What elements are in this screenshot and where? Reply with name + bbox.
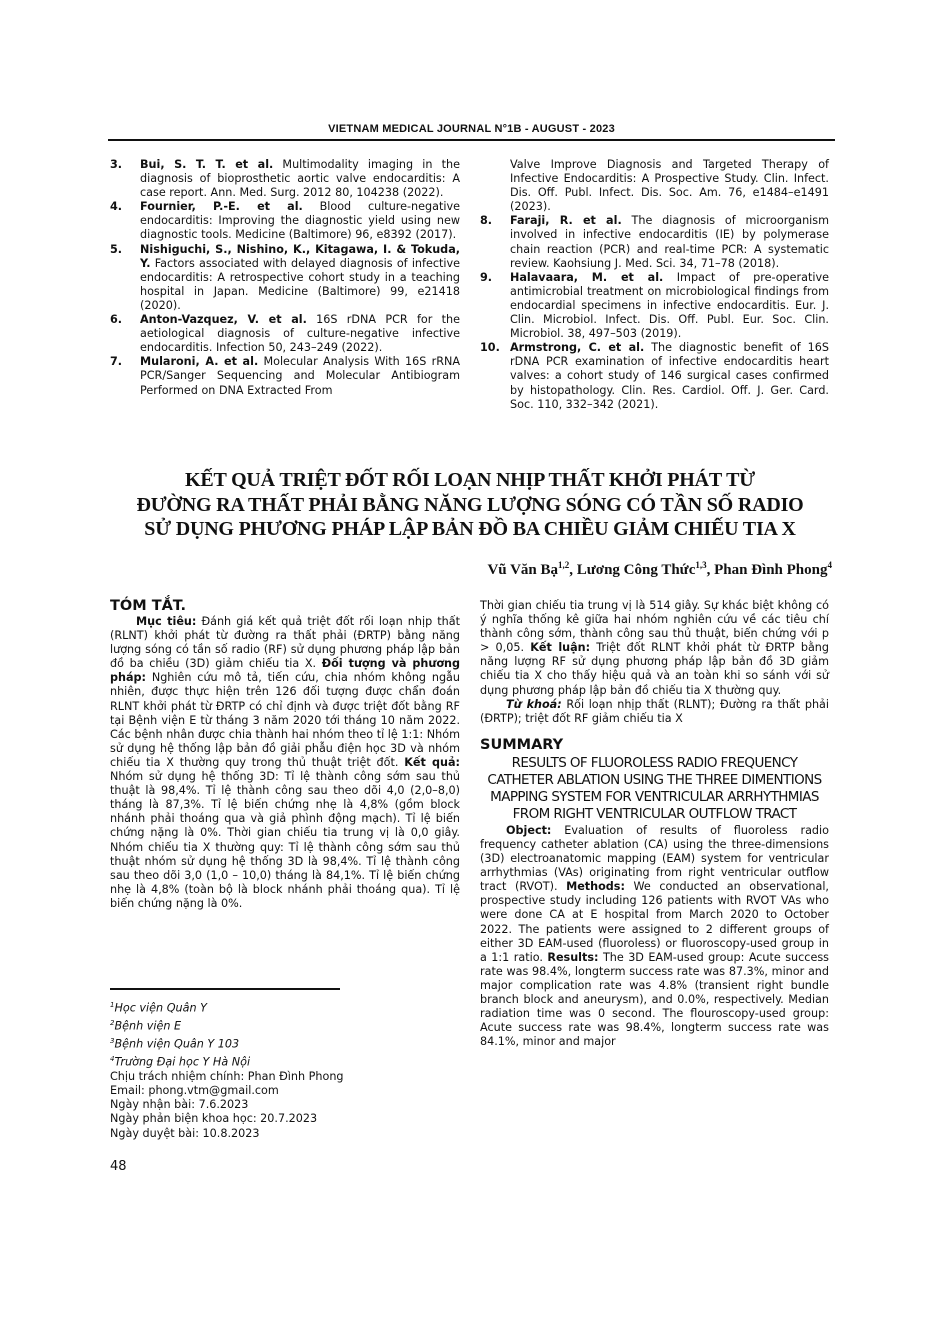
label-conclusion: Kết luận: bbox=[530, 641, 590, 654]
label-objective: Mục tiêu: bbox=[136, 615, 196, 628]
references-right: Valve Improve Diagnosis and Targeted The… bbox=[480, 158, 829, 412]
affiliation: 2Bệnh viện E bbox=[110, 1016, 460, 1034]
label-keywords: Từ khoá: bbox=[506, 698, 562, 711]
label-results: Kết quả: bbox=[404, 756, 460, 769]
reference-author: Halavaara, M. et al. bbox=[510, 271, 663, 284]
reference-number: 6. bbox=[110, 313, 140, 355]
reference-number: 5. bbox=[110, 243, 140, 313]
reference-number: 4. bbox=[110, 200, 140, 242]
section-heading: TÓM TẮT. bbox=[110, 597, 460, 615]
label-object: Object: bbox=[506, 824, 551, 837]
abstract-paragraph: Mục tiêu: Đánh giá kết quả triệt đốt rối… bbox=[110, 615, 460, 911]
author-list: Vũ Văn Bạ1,2, Lương Công Thức1,3, Phan Đ… bbox=[487, 560, 832, 579]
reference-item: 3. Bui, S. T. T. et al. Multimodality im… bbox=[110, 158, 460, 200]
author-affiliation-sup: 4 bbox=[828, 560, 833, 570]
author-affiliation-sup: 1,2 bbox=[558, 560, 569, 570]
reference-text: Factors associated with delayed diagnosi… bbox=[140, 257, 460, 312]
reference-item: 9. Halavaara, M. et al. Impact of pre-op… bbox=[480, 271, 829, 341]
reference-number: 7. bbox=[110, 355, 140, 397]
title-line: SỬ DỤNG PHƯƠNG PHÁP LẬP BẢN ĐỒ BA CHIỀU … bbox=[110, 517, 830, 542]
header-rule bbox=[108, 139, 835, 141]
keywords: Từ khoá: Rối loạn nhịp thất (RLNT); Đườn… bbox=[480, 698, 829, 726]
reference-item: 6. Anton-Vazquez, V. et al. 16S rDNA PCR… bbox=[110, 313, 460, 355]
reference-number: 8. bbox=[480, 214, 510, 270]
date-received: Ngày nhận bài: 7.6.2023 bbox=[110, 1098, 460, 1112]
page-number: 48 bbox=[110, 1159, 127, 1174]
summary-title: RESULTS OF FLUOROLESS RADIO FREQUENCY CA… bbox=[480, 755, 829, 823]
reference-item: 4. Fournier, P.-E. et al. Blood culture-… bbox=[110, 200, 460, 242]
affiliation: 1Học viện Quân Y bbox=[110, 998, 460, 1016]
label-methods-en: Methods: bbox=[566, 880, 625, 893]
reference-continuation: Valve Improve Diagnosis and Targeted The… bbox=[480, 158, 829, 214]
author-affiliation-sup: 1,3 bbox=[695, 560, 706, 570]
reference-item: 5. Nishiguchi, S., Nishino, K., Kitagawa… bbox=[110, 243, 460, 313]
footnotes: 1Học viện Quân Y 2Bệnh viện E 3Bệnh viện… bbox=[110, 998, 460, 1141]
article-title: KẾT QUẢ TRIỆT ĐỐT RỐI LOẠN NHỊP THẤT KHỞ… bbox=[110, 468, 830, 542]
abstract-right-column: Thời gian chiếu tia trung vị là 514 giây… bbox=[480, 599, 829, 1049]
reference-item: 10. Armstrong, C. et al. The diagnostic … bbox=[480, 341, 829, 411]
corresponding-author: Chịu trách nhiệm chính: Phan Đình Phong bbox=[110, 1070, 460, 1084]
reference-author: Anton-Vazquez, V. et al. bbox=[140, 313, 307, 326]
reference-number: 9. bbox=[480, 271, 510, 341]
title-line: ĐƯỜNG RA THẤT PHẢI BẰNG NĂNG LƯỢNG SÓNG … bbox=[110, 493, 830, 518]
author-name: Phan Đình Phong bbox=[714, 562, 827, 578]
reference-author: Bui, S. T. T. et al. bbox=[140, 158, 273, 171]
date-reviewed: Ngày phản biện khoa học: 20.7.2023 bbox=[110, 1112, 460, 1126]
reference-author: Armstrong, C. et al. bbox=[510, 341, 644, 354]
date-accepted: Ngày duyệt bài: 10.8.2023 bbox=[110, 1127, 460, 1141]
reference-author: Faraji, R. et al. bbox=[510, 214, 622, 227]
summary-paragraph: Object: Evaluation of results of fluorol… bbox=[480, 824, 829, 1050]
reference-author: Mularoni, A. et al. bbox=[140, 355, 258, 368]
reference-text: Valve Improve Diagnosis and Targeted The… bbox=[510, 158, 829, 214]
references-left: 3. Bui, S. T. T. et al. Multimodality im… bbox=[110, 158, 460, 398]
section-heading-summary: SUMMARY bbox=[480, 736, 829, 754]
reference-number: 10. bbox=[480, 341, 510, 411]
label-results-en: Results: bbox=[547, 951, 598, 964]
reference-number: 3. bbox=[110, 158, 140, 200]
abstract-paragraph-continued: Thời gian chiếu tia trung vị là 514 giây… bbox=[480, 599, 829, 698]
title-line: KẾT QUẢ TRIỆT ĐỐT RỐI LOẠN NHỊP THẤT KHỞ… bbox=[110, 468, 830, 493]
abstract-vietnamese: TÓM TẮT. Mục tiêu: Đánh giá kết quả triệ… bbox=[110, 597, 460, 911]
author-name: Lương Công Thức bbox=[577, 562, 696, 578]
footnote-rule bbox=[110, 988, 340, 990]
author-name: Vũ Văn Bạ bbox=[487, 562, 558, 578]
reference-item: 7. Mularoni, A. et al. Molecular Analysi… bbox=[110, 355, 460, 397]
journal-header: VIETNAM MEDICAL JOURNAL N°1B - AUGUST - … bbox=[108, 123, 835, 135]
affiliation: 4Trường Đại học Y Hà Nội bbox=[110, 1052, 460, 1070]
reference-author: Fournier, P.-E. et al. bbox=[140, 200, 303, 213]
email: Email: phong.vtm@gmail.com bbox=[110, 1084, 460, 1098]
reference-item: 8. Faraji, R. et al. The diagnosis of mi… bbox=[480, 214, 829, 270]
affiliation: 3Bệnh viện Quân Y 103 bbox=[110, 1034, 460, 1052]
